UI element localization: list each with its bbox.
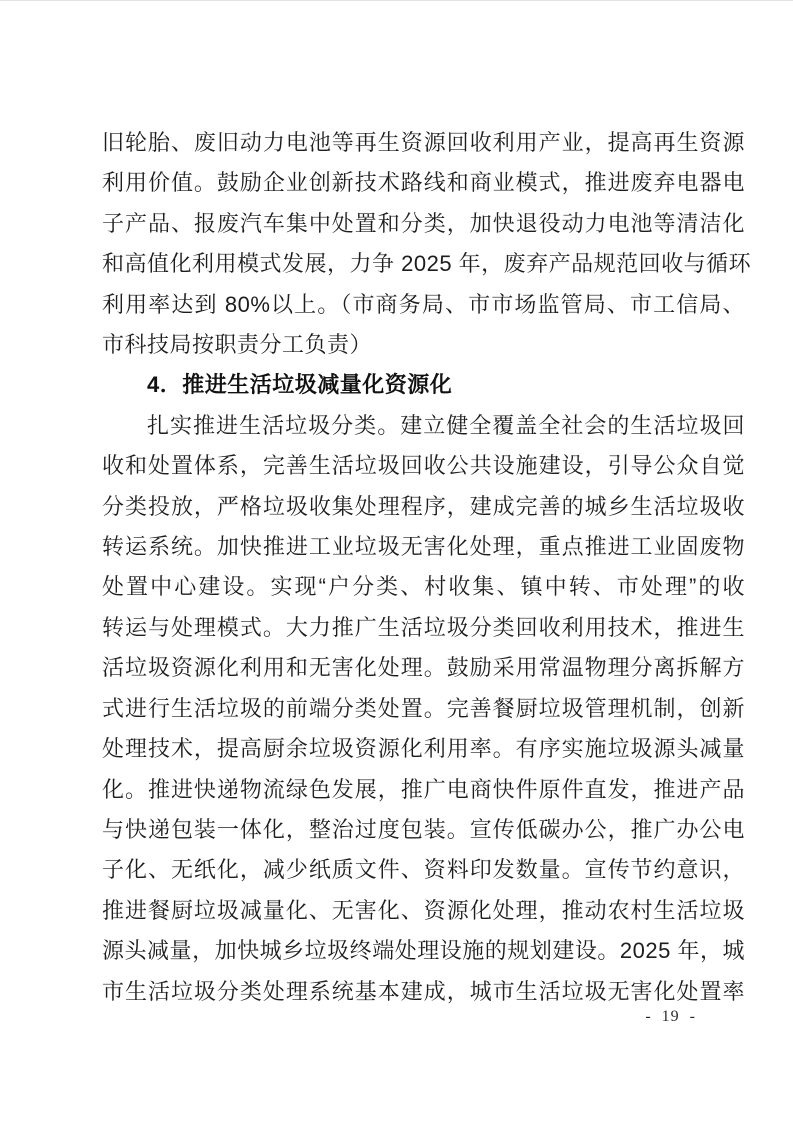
text-line: 子化、无纸化，减少纸质文件、资料印发数量。宣传节约意识， [102,850,745,890]
text-line: 活垃圾资源化利用和无害化处理。鼓励采用常温物理分离拆解方 [102,648,745,688]
text-line: 转运与处理模式。大力推广生活垃圾分类回收利用技术，推进生 [102,608,745,648]
text-line: 推进餐厨垃圾减量化、无害化、资源化处理，推动农村生活垃圾 [102,891,745,931]
text-line: 扎实推进生活垃圾分类。建立健全覆盖全社会的生活垃圾回 [102,406,745,446]
text-line: 和高值化利用模式发展，力争 2025 年，废弃产品规范回收与循环 [102,244,745,284]
text-line: 处理技术，提高厨余垃圾资源化利用率。有序实施垃圾源头减量 [102,729,745,769]
text-line: 分类投放，严格垃圾收集处理程序，建成完善的城乡生活垃圾收 [102,487,745,527]
text-line: 利用价值。鼓励企业创新技术路线和商业模式，推进废弃电器电 [102,163,745,203]
page-number: - 19 - [645,1008,696,1026]
section-heading: 4．推进生活垃圾减量化资源化 [102,365,745,405]
text-line: 式进行生活垃圾的前端分类处置。完善餐厨垃圾管理机制，创新 [102,689,745,729]
text-line: 旧轮胎、废旧动力电池等再生资源回收利用产业，提高再生资源 [102,123,745,163]
text-line: 与快递包装一体化，整治过度包装。宣传低碳办公，推广办公电 [102,810,745,850]
text-line: 市生活垃圾分类处理系统基本建成，城市生活垃圾无害化处置率 [102,972,745,1012]
text-line: 化。推进快递物流绿色发展，推广电商快件原件直发，推进产品 [102,770,745,810]
text-line: 利用率达到 80%以上。（市商务局、市市场监管局、市工信局、 [102,285,745,325]
text-line: 收和处置体系，完善生活垃圾回收公共设施建设，引导公众自觉 [102,446,745,486]
text-line: 子产品、报废汽车集中处置和分类，加快退役动力电池等清洁化 [102,204,745,244]
document-body: 旧轮胎、废旧动力电池等再生资源回收利用产业，提高再生资源 利用价值。鼓励企业创新… [102,123,745,1012]
document-page: 旧轮胎、废旧动力电池等再生资源回收利用产业，提高再生资源 利用价值。鼓励企业创新… [0,0,793,1123]
text-line: 处置中心建设。实现“户分类、村收集、镇中转、市处理”的收 [102,567,745,607]
text-line: 转运系统。加快推进工业垃圾无害化处理，重点推进工业固废物 [102,527,745,567]
text-line: 市科技局按职责分工负责） [102,325,745,365]
text-line: 源头减量，加快城乡垃圾终端处理设施的规划建设。2025 年，城 [102,931,745,971]
